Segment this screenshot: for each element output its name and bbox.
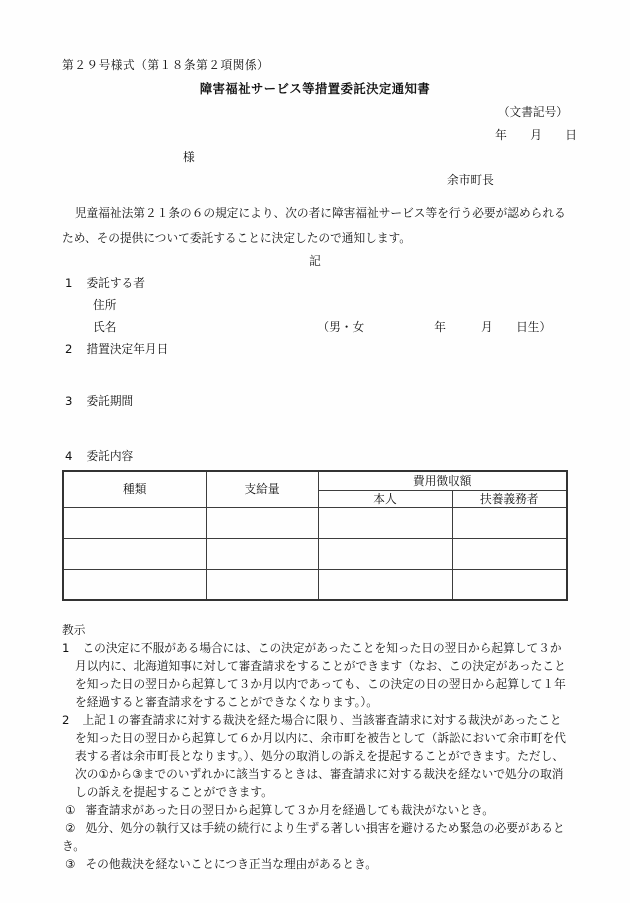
addressee-suffix: 様 xyxy=(183,150,568,164)
table-row xyxy=(63,507,567,538)
item-consignment-period-label: 委託期間 xyxy=(86,394,133,408)
instructions-section: 教示 1この決定に不服がある場合には、この決定があったことを知った日の翌日から起… xyxy=(62,621,568,873)
table-header-supply-amount: 支給量 xyxy=(206,471,318,507)
instruction-subitem-1-text: 審査請求があった日の翌日から起算して３か月を経過しても裁決がないとき。 xyxy=(85,803,493,817)
table-header-dependent: 扶養義務者 xyxy=(452,490,567,507)
item-consignment-content-label: 委託内容 xyxy=(86,449,133,463)
table-cell xyxy=(452,569,567,600)
table-cell xyxy=(318,569,452,600)
name-label: 氏名 xyxy=(93,316,116,338)
instruction-subitem-3-text: その他裁決を経ないことにつき正当な理由があるとき。 xyxy=(85,857,377,871)
table-header-fee-collection: 費用徴収額 xyxy=(318,471,567,490)
name-annotation: （男・女 年 月 日生） xyxy=(317,316,551,338)
instruction-item-appeal: 1この決定に不服がある場合には、この決定があったことを知った日の翌日から起算して… xyxy=(62,639,568,711)
table-cell xyxy=(318,507,452,538)
instruction-subitem-3: ③その他裁決を経ないことにつき正当な理由があるとき。 xyxy=(62,855,568,873)
item-decision-date-label: 措置決定年月日 xyxy=(86,342,168,356)
form-number: 第２９号様式（第１８条第２項関係） xyxy=(62,58,568,72)
table-header-self: 本人 xyxy=(318,490,452,507)
intro-paragraph: 児童福祉法第２１条の６の規定により、次の者に障害福祉サービス等を行う必要が認めら… xyxy=(62,201,568,251)
instruction-subitem-3-number: ③ xyxy=(65,857,75,871)
document-title: 障害福祉サービス等措置委託決定通知書 xyxy=(62,82,568,96)
instruction-subitem-2: ②処分、処分の執行又は手続の続行により生ずる著しい損害を避けるため緊急の必要があ… xyxy=(62,819,568,855)
instruction-subitem-1: ①審査請求があった日の翌日から起算して３か月を経過しても裁決がないとき。 xyxy=(62,801,568,819)
table-cell xyxy=(452,538,567,569)
date-line: 年 月 日 xyxy=(62,128,577,142)
doc-symbol-label: （文書記号） xyxy=(62,105,568,119)
consignment-table: 種類 支給量 費用徴収額 本人 扶養義務者 xyxy=(62,470,568,601)
table-cell xyxy=(63,569,206,600)
sender-title: 余市町長 xyxy=(447,173,568,187)
table-row xyxy=(63,569,567,600)
instruction-item-appeal-number: 1 xyxy=(62,641,69,655)
document-page: 第２９号様式（第１８条第２項関係） 障害福祉サービス等措置委託決定通知書 （文書… xyxy=(0,0,630,903)
numbered-items: 1委託する者 住所 氏名 （男・女 年 月 日生） 2措置決定年月日 3委託期間… xyxy=(62,272,568,467)
instruction-subitem-2-text: 処分、処分の執行又は手続の続行により生ずる著しい損害を避けるため緊急の必要がある… xyxy=(62,821,565,853)
instruction-item-lawsuit-text: 上記１の審査請求に対する裁決を経た場合に限り、当該審査請求に対する裁決があったこ… xyxy=(75,713,566,799)
table-cell xyxy=(452,507,567,538)
item-consignee-label: 委託する者 xyxy=(86,276,144,290)
instruction-item-appeal-text: この決定に不服がある場合には、この決定があったことを知った日の翌日から起算して３… xyxy=(75,641,566,709)
item-consignment-content-number: 4 xyxy=(65,449,72,463)
table-cell xyxy=(63,507,206,538)
item-consignment-period: 3委託期間 xyxy=(65,390,568,412)
item-consignee-number: 1 xyxy=(65,276,72,290)
instruction-item-lawsuit: 2上記１の審査請求に対する裁決を経た場合に限り、当該審査請求に対する裁決があった… xyxy=(62,711,568,801)
table-cell xyxy=(206,507,318,538)
table-cell xyxy=(63,538,206,569)
item-decision-date-number: 2 xyxy=(65,342,72,356)
item-consignment-content: 4委託内容 xyxy=(65,445,568,467)
instructions-heading: 教示 xyxy=(62,621,568,639)
item-decision-date: 2措置決定年月日 xyxy=(65,338,568,360)
instruction-subitem-2-number: ② xyxy=(65,821,75,835)
instruction-item-lawsuit-number: 2 xyxy=(62,713,69,727)
address-label: 住所 xyxy=(93,294,568,316)
item-consignee: 1委託する者 xyxy=(65,272,568,294)
table-row xyxy=(63,538,567,569)
instruction-subitem-1-number: ① xyxy=(65,803,75,817)
record-marker: 記 xyxy=(62,251,568,272)
name-row: 氏名 （男・女 年 月 日生） xyxy=(62,316,568,338)
table-cell xyxy=(206,569,318,600)
table-cell xyxy=(318,538,452,569)
table-cell xyxy=(206,538,318,569)
item-consignment-period-number: 3 xyxy=(65,394,72,408)
table-header-type: 種類 xyxy=(63,471,206,507)
